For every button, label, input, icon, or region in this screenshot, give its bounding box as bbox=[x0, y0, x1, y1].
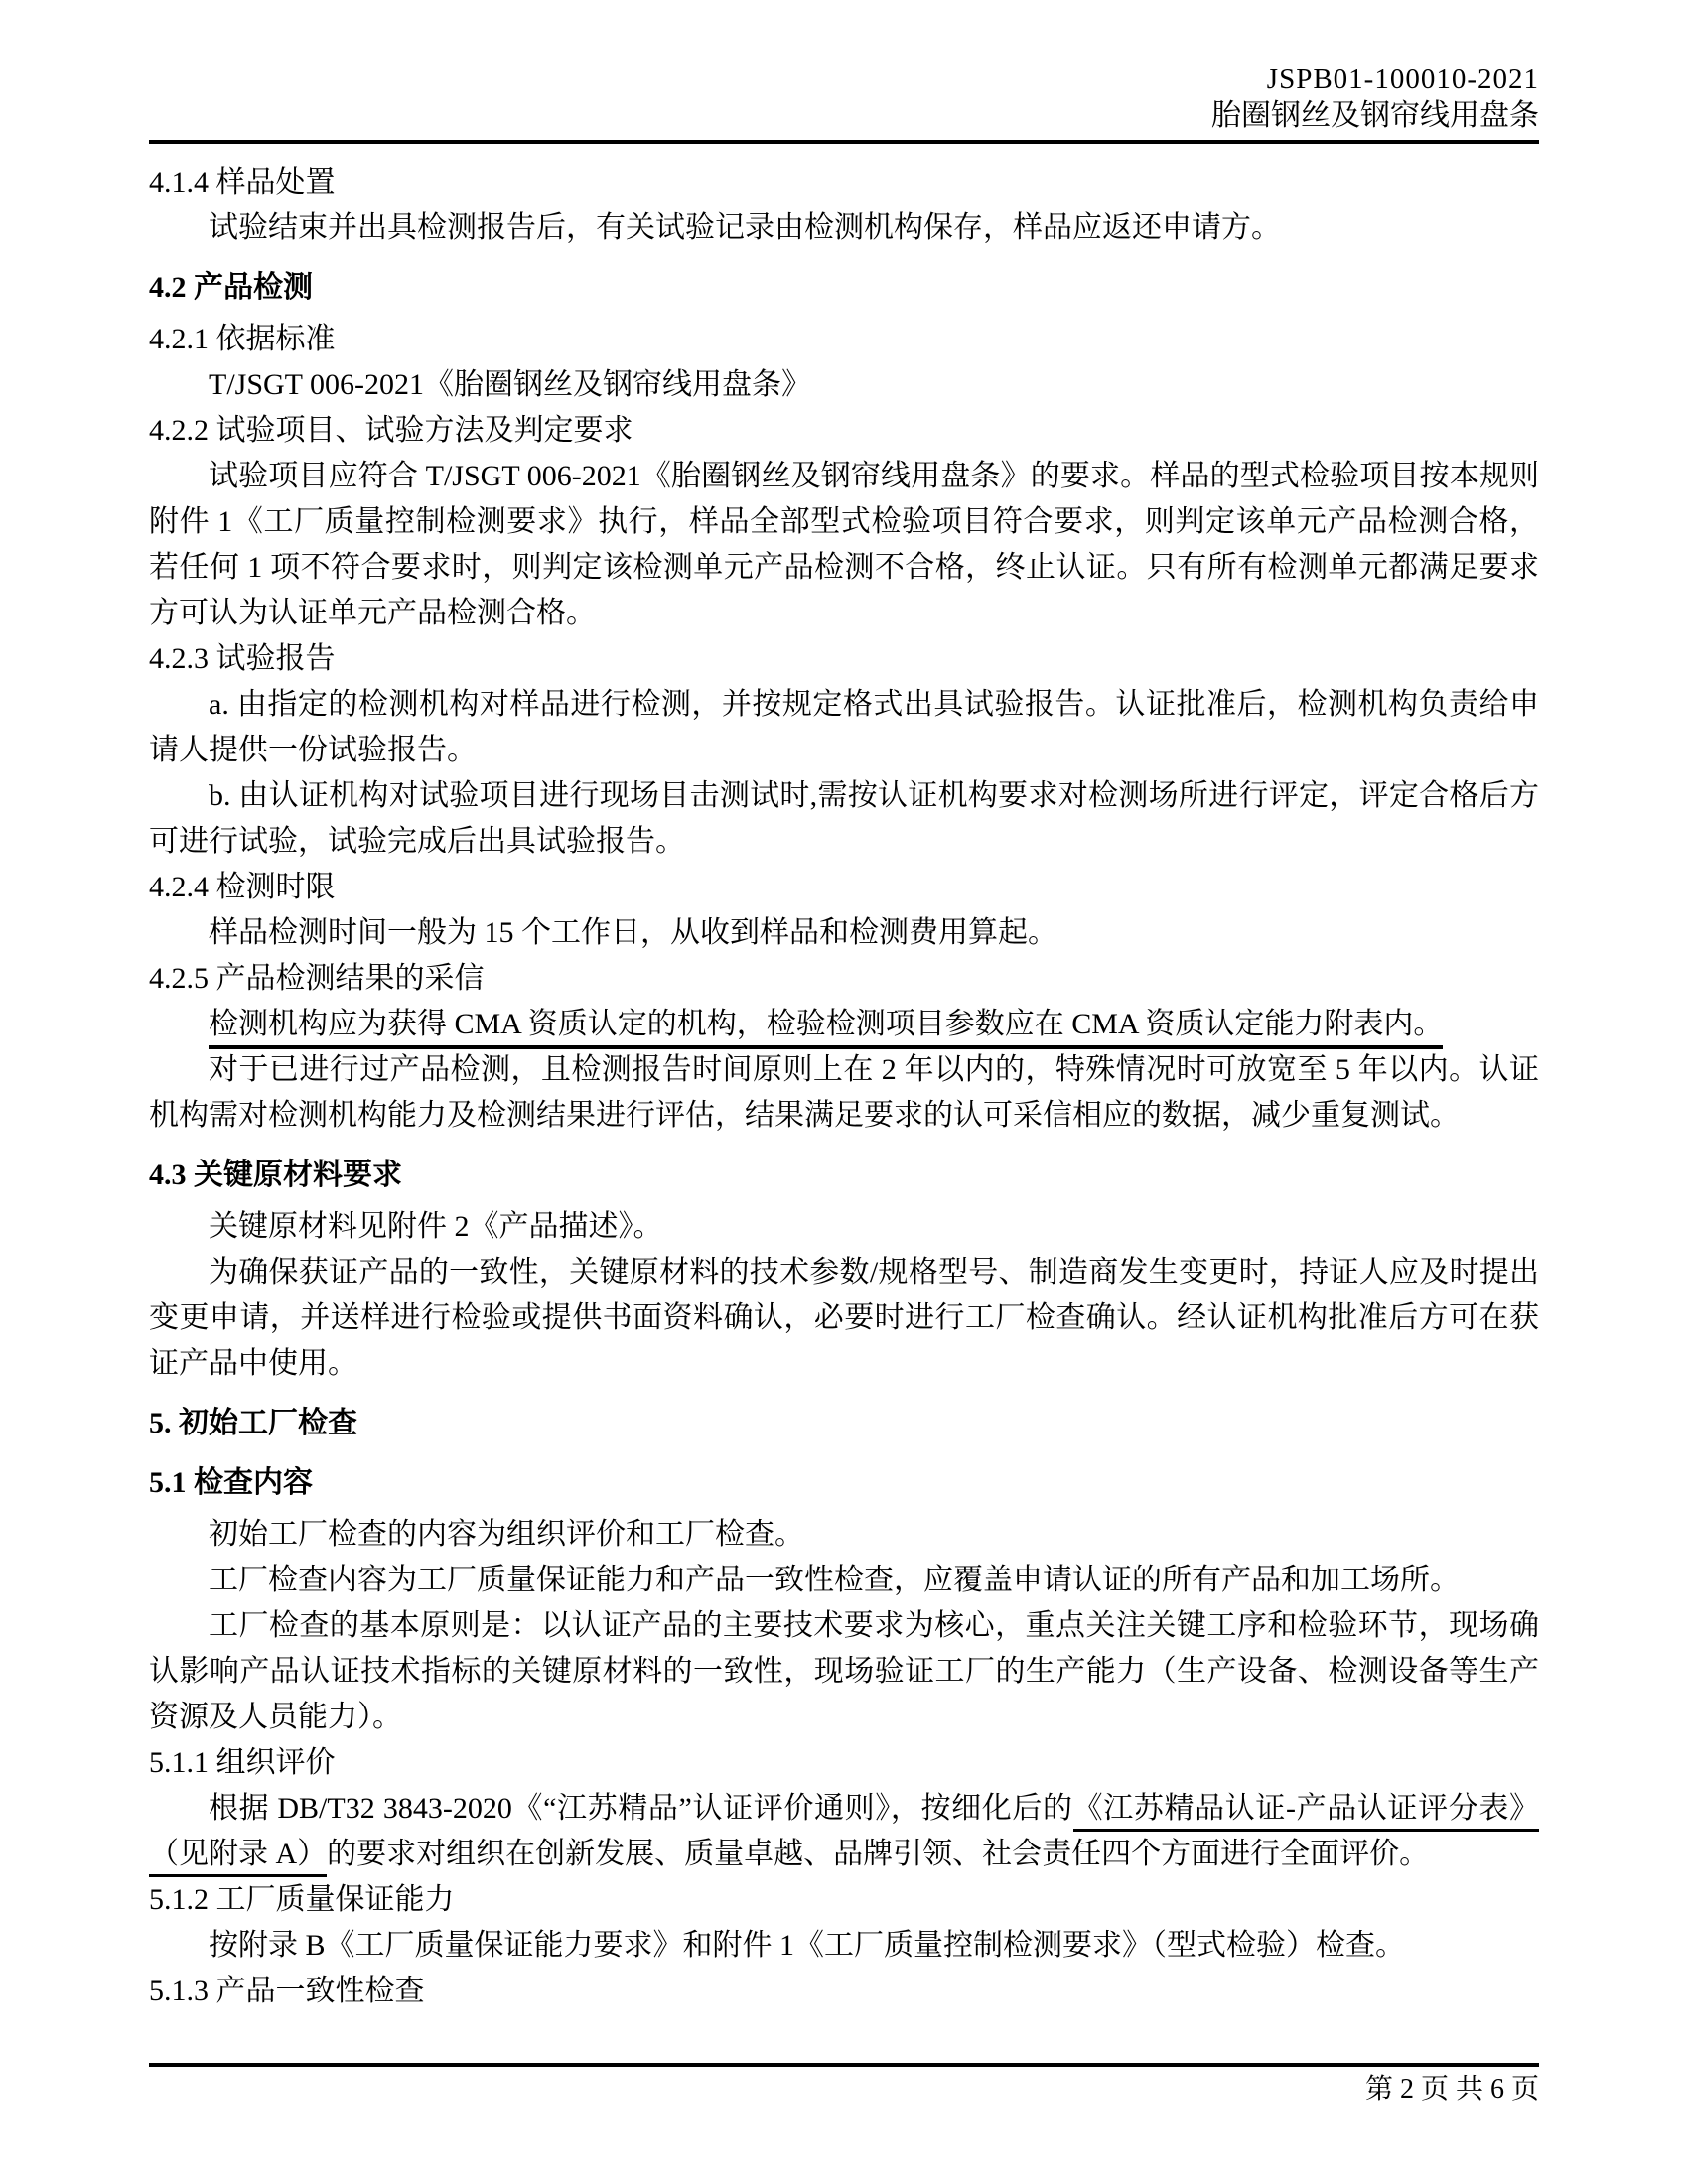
page-footer: 第 2 页 共 6 页 bbox=[149, 2063, 1539, 2107]
heading-5-1-1: 5.1.1 组织评价 bbox=[149, 1740, 1539, 1786]
para-5-1-1: 初始工厂检查的内容为组织评价和工厂检查。 bbox=[149, 1512, 1539, 1558]
heading-4-1-4: 4.1.4 样品处置 bbox=[149, 160, 1539, 205]
para-4-2-5-underlined: 检测机构应为获得 CMA 资质认定的机构，检验检测项目参数应在 CMA 资质认定… bbox=[149, 1002, 1539, 1047]
page-header: JSPB01-100010-2021 胎圈钢丝及钢帘线用盘条 bbox=[149, 62, 1539, 144]
para-4-2-1-standard: T/JSGT 006-2021《胎圈钢丝及钢帘线用盘条》 bbox=[149, 362, 1539, 408]
heading-5-1-2: 5.1.2 工厂质量保证能力 bbox=[149, 1877, 1539, 1923]
heading-4-2: 4.2 产品检测 bbox=[149, 265, 1539, 311]
para-5-1-1-post: 的要求对组织在创新发展、质量卓越、品牌引领、社会责任四个方面进行全面评价。 bbox=[327, 1838, 1429, 1870]
heading-4-2-4: 4.2.4 检测时限 bbox=[149, 865, 1539, 910]
footer-rule bbox=[149, 2063, 1539, 2067]
document-title: 胎圈钢丝及钢帘线用盘条 bbox=[149, 97, 1539, 135]
para-5-1-2: 工厂检查内容为工厂质量保证能力和产品一致性检查，应覆盖申请认证的所有产品和加工场… bbox=[149, 1558, 1539, 1603]
list-item-a: a. 由指定的检测机构对样品进行检测，并按规定格式出具试验报告。认证批准后，检测… bbox=[149, 682, 1539, 773]
para-5-1-3: 工厂检查的基本原则是：以认证产品的主要技术要求为核心，重点关注关键工序和检验环节… bbox=[149, 1603, 1539, 1740]
heading-4-3: 4.3 关键原材料要求 bbox=[149, 1153, 1539, 1198]
document-body: 4.1.4 样品处置 试验结束并出具检测报告后，有关试验记录由检测机构保存，样品… bbox=[149, 160, 1539, 2014]
heading-4-2-2: 4.2.2 试验项目、试验方法及判定要求 bbox=[149, 408, 1539, 454]
para-5-1-2-capability: 按附录 B《工厂质量保证能力要求》和附件 1《工厂质量控制检测要求》（型式检验）… bbox=[149, 1923, 1539, 1969]
page-number: 第 2 页 共 6 页 bbox=[149, 2073, 1539, 2107]
heading-4-2-1: 4.2.1 依据标准 bbox=[149, 317, 1539, 362]
document-page: JSPB01-100010-2021 胎圈钢丝及钢帘线用盘条 4.1.4 样品处… bbox=[0, 0, 1688, 2184]
heading-4-2-3: 4.2.3 试验报告 bbox=[149, 636, 1539, 682]
para-4-3-1: 关键原材料见附件 2《产品描述》。 bbox=[149, 1204, 1539, 1250]
document-number: JSPB01-100010-2021 bbox=[149, 62, 1539, 97]
heading-5-1-3: 5.1.3 产品一致性检查 bbox=[149, 1969, 1539, 2014]
heading-5-1: 5.1 检查内容 bbox=[149, 1460, 1539, 1506]
para-5-1-1-pre: 根据 DB/T32 3843-2020《“江苏精品”认证评价通则》，按细化后的 bbox=[209, 1792, 1073, 1825]
para-5-1-1-evaluation: 根据 DB/T32 3843-2020《“江苏精品”认证评价通则》，按细化后的《… bbox=[149, 1786, 1539, 1877]
underlined-cma-requirement: 检测机构应为获得 CMA 资质认定的机构，检验检测项目参数应在 CMA 资质认定… bbox=[209, 1008, 1443, 1049]
list-item-b: b. 由认证机构对试验项目进行现场目击测试时,需按认证机构要求对检测场所进行评定… bbox=[149, 773, 1539, 865]
heading-4-2-5: 4.2.5 产品检测结果的采信 bbox=[149, 956, 1539, 1002]
para-4-1-4: 试验结束并出具检测报告后，有关试验记录由检测机构保存，样品应返还申请方。 bbox=[149, 205, 1539, 251]
para-4-3-2: 为确保获证产品的一致性，关键原材料的技术参数/规格型号、制造商发生变更时，持证人… bbox=[149, 1250, 1539, 1387]
header-rule bbox=[149, 140, 1539, 144]
para-4-2-2: 试验项目应符合 T/JSGT 006-2021《胎圈钢丝及钢帘线用盘条》的要求。… bbox=[149, 454, 1539, 636]
heading-5: 5. 初始工厂检查 bbox=[149, 1401, 1539, 1446]
para-4-2-5-acceptance: 对于已进行过产品检测，且检测报告时间原则上在 2 年以内的，特殊情况时可放宽至 … bbox=[149, 1047, 1539, 1139]
para-4-2-4: 样品检测时间一般为 15 个工作日，从收到样品和检测费用算起。 bbox=[149, 910, 1539, 956]
